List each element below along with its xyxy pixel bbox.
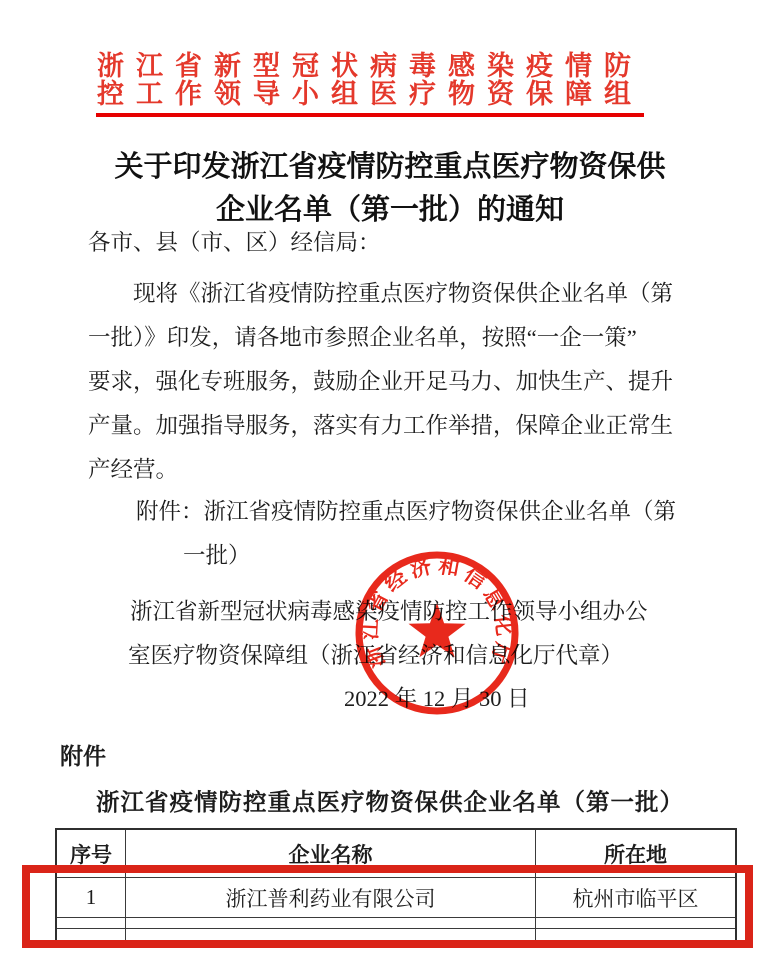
salutation: 各市、县（市、区）经信局： bbox=[88, 228, 688, 258]
paragraph-line: 产量。加强指导服务，落实有力工作举措，保障企业正常生 bbox=[88, 404, 688, 448]
paragraph-line: 一批）》印发，请各地市参照企业名单，按照“一企一策” bbox=[88, 316, 688, 360]
table-title: 浙江省疫情防控重点医疗物资保供企业名单（第一批） bbox=[0, 783, 780, 817]
document-title-line-1: 关于印发浙江省疫情防控重点医疗物资保供 bbox=[0, 146, 780, 189]
letterhead-line-2: 控工作领导小组医疗物资保障组 bbox=[88, 80, 652, 108]
seal-star-icon bbox=[409, 603, 466, 657]
paragraph-line: 要求，强化专班服务，鼓励企业开足马力、加快生产、提升 bbox=[88, 360, 688, 404]
paragraph-line: 产经营。 bbox=[88, 448, 688, 492]
letterhead-divider-rule bbox=[96, 113, 644, 117]
highlight-annotation-rectangle bbox=[22, 865, 753, 948]
document-title: 关于印发浙江省疫情防控重点医疗物资保供 企业名单（第一批）的通知 bbox=[0, 146, 780, 232]
document-title-line-2: 企业名单（第一批）的通知 bbox=[0, 189, 780, 232]
attachment-reference-line-1: 附件：浙江省疫情防控重点医疗物资保供企业名单（第 bbox=[88, 490, 708, 534]
document-page: 浙江省新型冠状病毒感染疫情防 控工作领导小组医疗物资保障组 关于印发浙江省疫情防… bbox=[0, 0, 780, 962]
official-seal-stamp: 浙江省经济和信息化厅 bbox=[352, 548, 522, 718]
body-paragraph: 现将《浙江省疫情防控重点医疗物资保供企业名单（第 一批）》印发，请各地市参照企业… bbox=[88, 272, 688, 492]
attachment-section-heading: 附件 bbox=[60, 738, 106, 771]
letterhead-line-1: 浙江省新型冠状病毒感染疫情防 bbox=[88, 52, 652, 80]
paragraph-line: 现将《浙江省疫情防控重点医疗物资保供企业名单（第 bbox=[88, 272, 688, 316]
